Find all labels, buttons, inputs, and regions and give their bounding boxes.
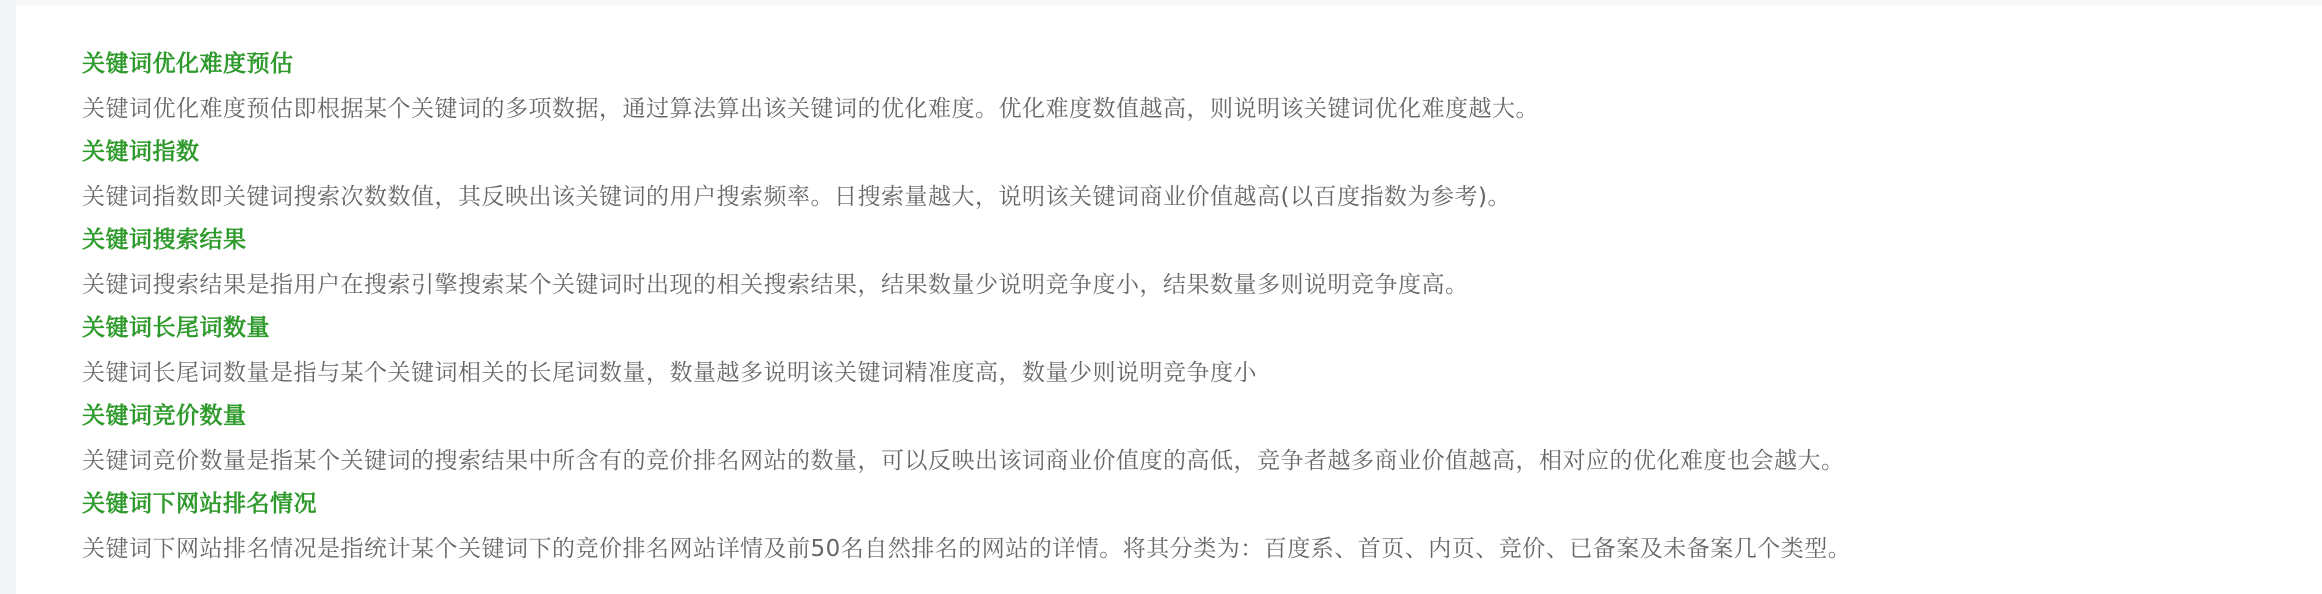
glossary-entry-search-results: 关键词搜索结果 关键词搜索结果是指用户在搜索引擎搜索某个关键词时出现的相关搜索结… <box>82 224 1851 312</box>
glossary-entry-bidding: 关键词竞价数量 关键词竞价数量是指某个关键词的搜索结果中所含有的竞价排名网站的数… <box>82 400 1851 488</box>
term-heading: 关键词优化难度预估 <box>82 48 1851 92</box>
side-strip <box>0 0 16 594</box>
glossary-entry-long-tail: 关键词长尾词数量 关键词长尾词数量是指与某个关键词相关的长尾词数量，数量越多说明… <box>82 312 1851 400</box>
term-definition: 关键词优化难度预估即根据某个关键词的多项数据，通过算法算出该关键词的优化难度。优… <box>82 92 1851 136</box>
term-heading: 关键词搜索结果 <box>82 224 1851 268</box>
term-definition: 关键词竞价数量是指某个关键词的搜索结果中所含有的竞价排名网站的数量，可以反映出该… <box>82 444 1851 488</box>
term-definition: 关键词长尾词数量是指与某个关键词相关的长尾词数量，数量越多说明该关键词精准度高，… <box>82 356 1851 400</box>
term-heading: 关键词长尾词数量 <box>82 312 1851 356</box>
glossary-list: 关键词优化难度预估 关键词优化难度预估即根据某个关键词的多项数据，通过算法算出该… <box>82 48 1851 576</box>
term-definition: 关键词下网站排名情况是指统计某个关键词下的竞价排名网站详情及前50名自然排名的网… <box>82 532 1851 576</box>
term-heading: 关键词下网站排名情况 <box>82 488 1851 532</box>
glossary-entry-difficulty: 关键词优化难度预估 关键词优化难度预估即根据某个关键词的多项数据，通过算法算出该… <box>82 48 1851 136</box>
term-definition: 关键词搜索结果是指用户在搜索引擎搜索某个关键词时出现的相关搜索结果，结果数量少说… <box>82 268 1851 312</box>
glossary-entry-index: 关键词指数 关键词指数即关键词搜索次数数值，其反映出该关键词的用户搜索频率。日搜… <box>82 136 1851 224</box>
term-heading: 关键词指数 <box>82 136 1851 180</box>
glossary-entry-site-ranking: 关键词下网站排名情况 关键词下网站排名情况是指统计某个关键词下的竞价排名网站详情… <box>82 488 1851 576</box>
term-definition: 关键词指数即关键词搜索次数数值，其反映出该关键词的用户搜索频率。日搜索量越大，说… <box>82 180 1851 224</box>
term-heading: 关键词竞价数量 <box>82 400 1851 444</box>
